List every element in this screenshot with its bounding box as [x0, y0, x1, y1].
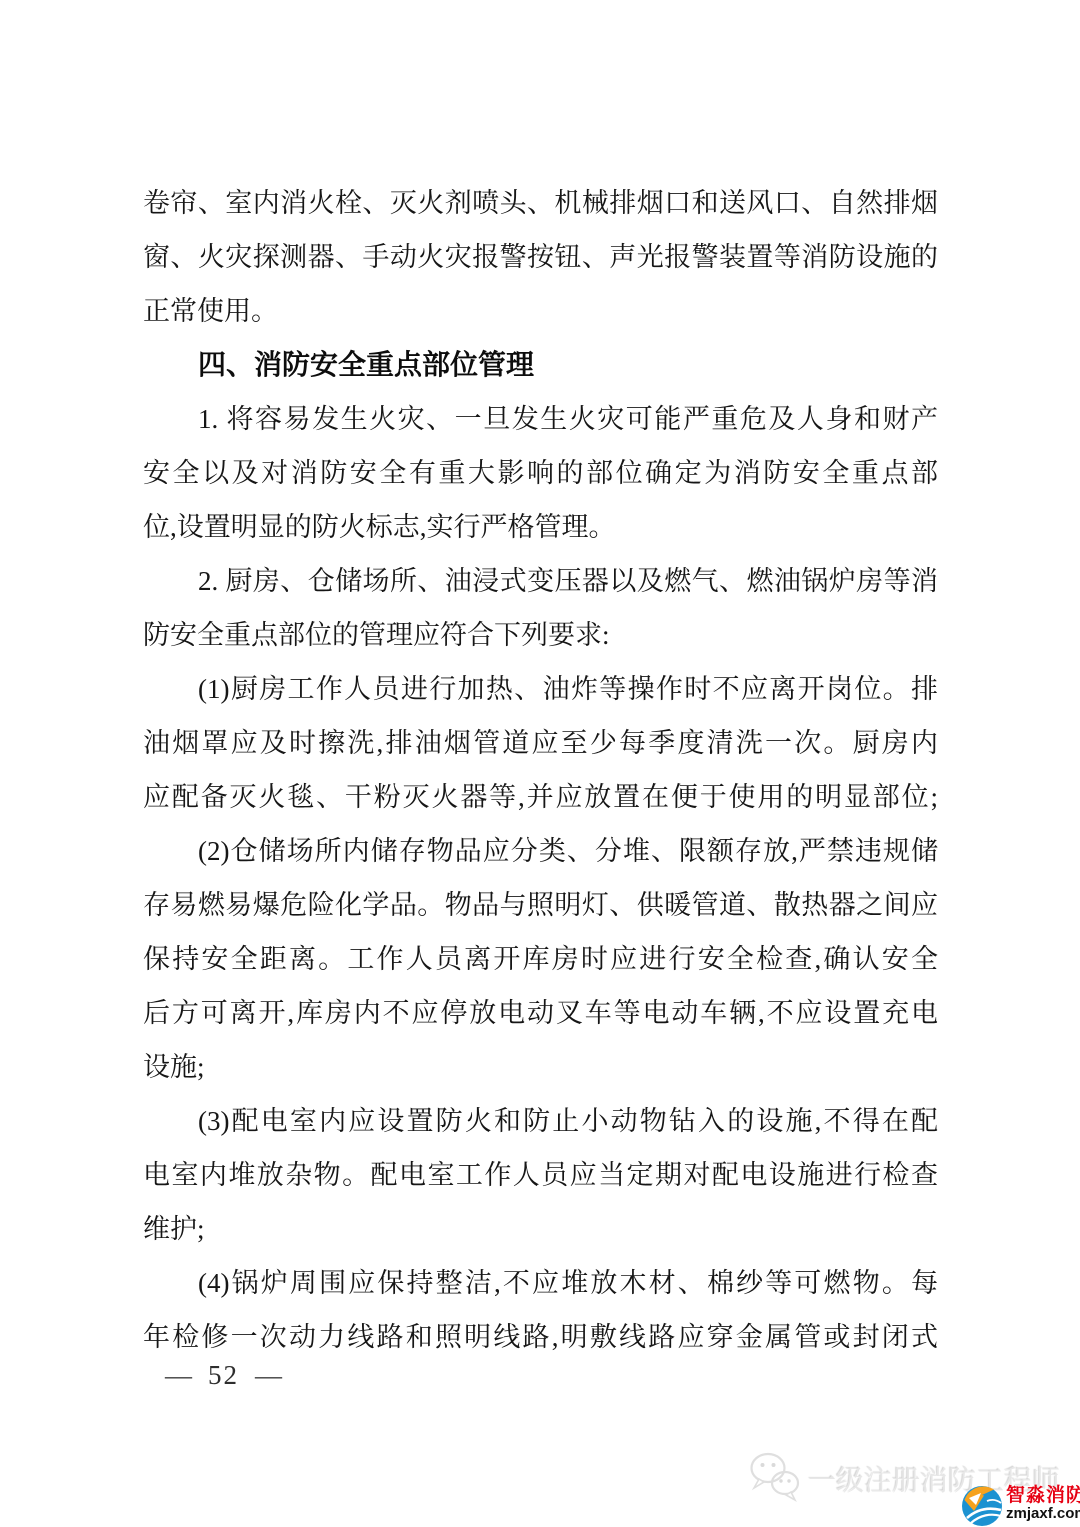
page-number-value: 52	[208, 1360, 239, 1390]
doc-line: 电室内堆放杂物。配电室工作人员应当定期对配电设施进行检查	[143, 1148, 938, 1202]
doc-line: (1)厨房工作人员进行加热、油炸等操作时不应离开岗位。排	[143, 662, 938, 716]
section-heading: 四、消防安全重点部位管理	[143, 338, 938, 392]
doc-line: 正常使用。	[143, 284, 938, 338]
doc-line: 卷帘、室内消火栓、灭火剂喷头、机械排烟口和送风口、自然排烟	[143, 176, 938, 230]
doc-line: 设施;	[143, 1040, 938, 1094]
page-number-dash-left: —	[165, 1360, 192, 1390]
doc-line: 安全以及对消防安全有重大影响的部位确定为消防安全重点部	[143, 446, 938, 500]
doc-line: 油烟罩应及时擦洗,排油烟管道应至少每季度清洗一次。厨房内	[143, 716, 938, 770]
doc-line: 1. 将容易发生火灾、一旦发生火灾可能严重危及人身和财产	[143, 392, 938, 446]
doc-line: (2)仓储场所内储存物品应分类、分堆、限额存放,严禁违规储	[143, 824, 938, 878]
doc-line: (4)锅炉周围应保持整洁,不应堆放木材、棉纱等可燃物。每	[143, 1256, 938, 1310]
brand-name: 智淼消防	[1006, 1485, 1080, 1506]
zhimiao-logo-icon	[961, 1485, 1003, 1527]
doc-line: 2. 厨房、仓储场所、油浸式变压器以及燃气、燃油锅炉房等消	[143, 554, 938, 608]
wechat-icon	[748, 1450, 800, 1507]
brand-text-block: 智淼消防 zmjaxf.com	[1006, 1485, 1080, 1522]
doc-line: (3)配电室内应设置防火和防止小动物钻入的设施,不得在配	[143, 1094, 938, 1148]
page-number-dash-right: —	[255, 1360, 282, 1390]
doc-line: 存易燃易爆危险化学品。物品与照明灯、供暖管道、散热器之间应	[143, 878, 938, 932]
brand-badge: 智淼消防 zmjaxf.com	[961, 1485, 1080, 1527]
doc-line: 应配备灭火毯、干粉灭火器等,并应放置在便于使用的明显部位;	[143, 770, 938, 824]
doc-line: 窗、火灾探测器、手动火灾报警按钮、声光报警装置等消防设施的	[143, 230, 938, 284]
doc-line: 后方可离开,库房内不应停放电动叉车等电动车辆,不应设置充电	[143, 986, 938, 1040]
doc-line: 保持安全距离。工作人员离开库房时应进行安全检查,确认安全	[143, 932, 938, 986]
doc-line: 位,设置明显的防火标志,实行严格管理。	[143, 500, 938, 554]
document-body: 卷帘、室内消火栓、灭火剂喷头、机械排烟口和送风口、自然排烟 窗、火灾探测器、手动…	[143, 176, 938, 1364]
doc-line: 防安全重点部位的管理应符合下列要求:	[143, 608, 938, 662]
doc-line: 维护;	[143, 1202, 938, 1256]
brand-url: zmjaxf.com	[1006, 1506, 1080, 1522]
document-page: 卷帘、室内消火栓、灭火剂喷头、机械排烟口和送风口、自然排烟 窗、火灾探测器、手动…	[0, 0, 1080, 1527]
page-number: —52—	[165, 1352, 282, 1398]
